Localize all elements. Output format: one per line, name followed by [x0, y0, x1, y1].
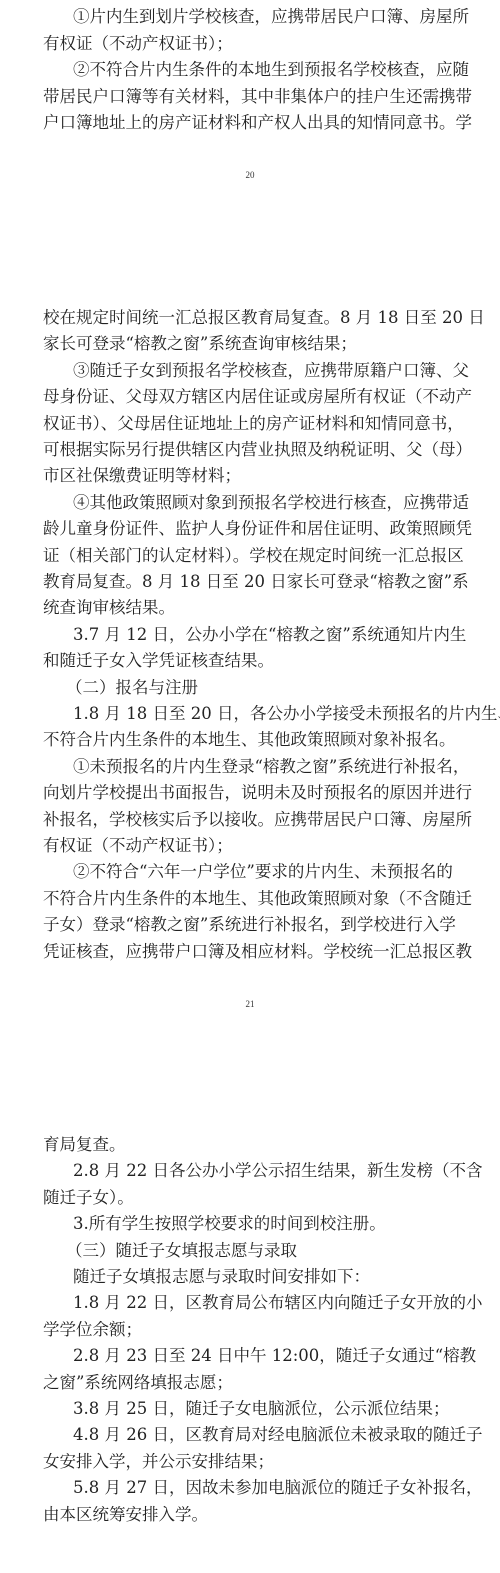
text-line: 4.8 月 26 日，区教育局对经电脑派位未被录取的随迁子: [73, 1422, 450, 1448]
text-line: 户口簿地址上的房产证材料和产权人出具的知情同意书。学: [43, 110, 450, 136]
page-number: 20: [0, 170, 500, 180]
text-line: 不符合片内生条件的本地生、其他政策照顾对象补报名。: [43, 727, 450, 753]
text-line: 统查询审核结果。: [43, 595, 450, 621]
text-line: 不符合片内生条件的本地生、其他政策照顾对象（不含随迁: [43, 886, 450, 912]
text-line: ①未预报名的片内生登录“榕教之窗”系统进行补报名，: [73, 754, 450, 780]
text-line: 可根据实际另行提供辖区内营业执照及纳税证明、父（母）: [43, 437, 450, 463]
text-line: ②不符合“六年一户学位”要求的片内生、未预报名的: [73, 859, 450, 885]
text-line: 学学位余额；: [43, 1317, 450, 1343]
text-line: 向划片学校提出书面报告，说明未及时预报名的原因并进行: [43, 780, 450, 806]
text-line: 补报名，学校核实后予以接收。应携带居民户口簿、房屋所: [43, 807, 450, 833]
text-line: 1.8 月 22 日，区教育局公布辖区内向随迁子女开放的小: [73, 1290, 450, 1316]
text-line: 证（相关部门的认定材料）。学校在规定时间统一汇总报区: [43, 543, 450, 569]
text-line: 子女）登录“榕教之窗”系统进行补报名，到学校进行入学: [43, 912, 450, 938]
text-line: 带居民户口簿等有关材料，其中非集体户的挂户生还需携带: [43, 84, 450, 110]
text-line: 3.8 月 25 日，随迁子女电脑派位，公示派位结果；: [73, 1396, 450, 1422]
text-line: 母身份证、父母双方辖区内居住证或房屋所有权证（不动产: [43, 384, 450, 410]
text-line: 凭证核查，应携带户口簿及相应材料。学校统一汇总报区教: [43, 939, 450, 965]
text-line: 5.8 月 27 日，因故未参加电脑派位的随迁子女补报名，: [73, 1475, 450, 1501]
text-line: 之窗”系统网络填报志愿；: [43, 1370, 450, 1396]
text-line: 市区社保缴费证明等材料；: [43, 463, 450, 489]
text-line: 2.8 月 22 日各公办小学公示招生结果，新生发榜（不含: [73, 1158, 450, 1184]
text-line: ②不符合片内生条件的本地生到预报名学校核查，应随: [73, 57, 450, 83]
text-line: 有权证（不动产权证书）；: [43, 31, 450, 57]
section-heading: （二）报名与注册: [66, 675, 473, 701]
section-heading: （三）随迁子女填报志愿与录取: [66, 1238, 473, 1264]
text-line: 家长可登录“榕教之窗”系统查询审核结果；: [43, 331, 450, 357]
text-line: 2.8 月 23 日至 24 日中午 12:00，随迁子女通过“榕教: [73, 1343, 450, 1369]
text-line: 有权证（不动产权证书）；: [43, 833, 450, 859]
text-line: 和随迁子女入学凭证核查结果。: [43, 648, 450, 674]
text-line: 1.8 月 18 日至 20 日，各公办小学接受未预报名的片内生、: [73, 701, 450, 727]
text-line: ①片内生到划片学校核查，应携带居民户口簿、房屋所: [73, 4, 450, 30]
text-line: 由本区统筹安排入学。: [43, 1502, 450, 1528]
text-line: ③随迁子女到预报名学校核查，应携带原籍户口簿、父: [73, 358, 450, 384]
text-line: 教育局复查。8 月 18 日至 20 日家长可登录“榕教之窗”系: [43, 569, 450, 595]
text-line: 随迁子女）。: [43, 1185, 450, 1211]
text-line: 随迁子女填报志愿与录取时间安排如下：: [73, 1264, 450, 1290]
page-number: 21: [0, 999, 500, 1009]
text-line: 育局复查。: [43, 1132, 450, 1158]
text-line: 3.7 月 12 日，公办小学在“榕教之窗”系统通知片内生: [73, 622, 450, 648]
text-line: 权证书）、父母居住证地址上的房产证材料和知情同意书，: [43, 411, 450, 437]
text-line: 校在规定时间统一汇总报区教育局复查。8 月 18 日至 20 日: [43, 305, 450, 331]
text-line: 龄儿童身份证件、监护人身份证件和居住证明、政策照顾凭: [43, 516, 450, 542]
text-line: 女安排入学，并公示安排结果；: [43, 1449, 450, 1475]
text-line: 3.所有学生按照学校要求的时间到校注册。: [73, 1211, 450, 1237]
text-line: ④其他政策照顾对象到预报名学校进行核查，应携带适: [73, 490, 450, 516]
